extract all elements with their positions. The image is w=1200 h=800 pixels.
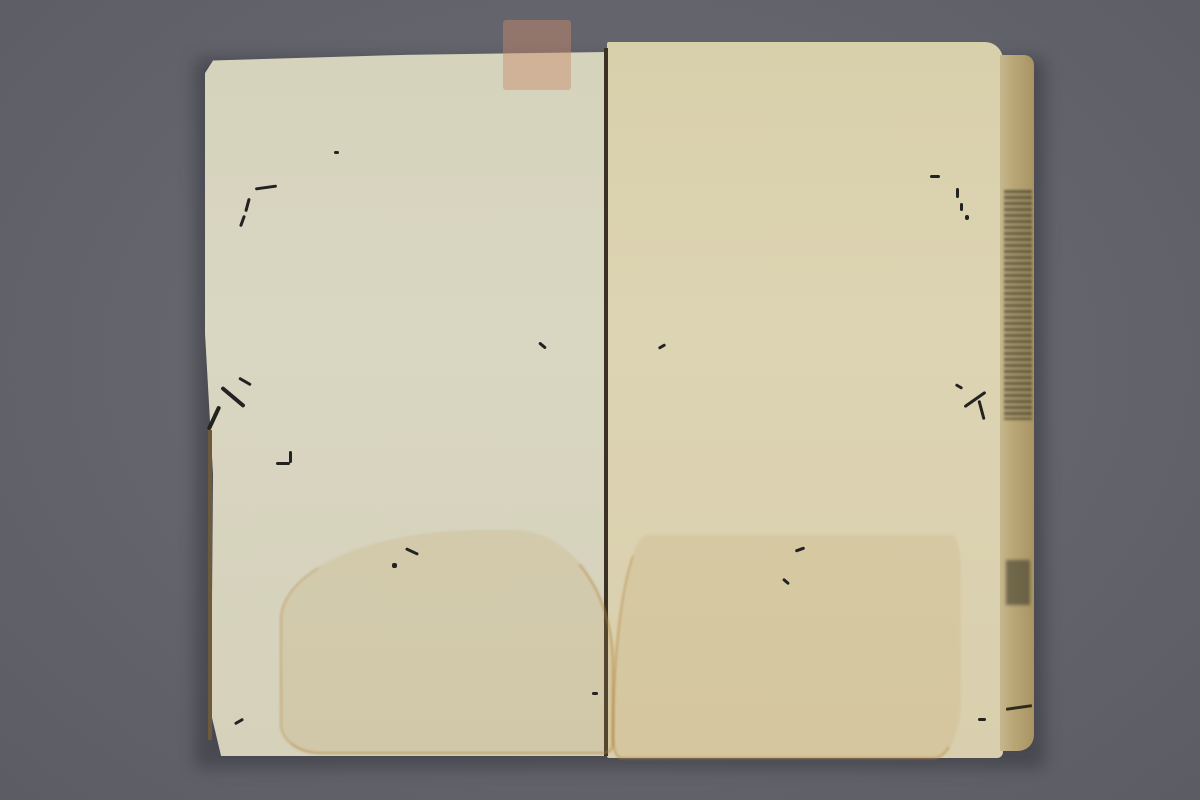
left-page-edge: [208, 430, 212, 740]
ink-mark: [392, 563, 397, 568]
red-seal-stamp: [503, 20, 571, 90]
water-stain-right: [612, 535, 961, 759]
ink-mark: [956, 188, 959, 198]
ink-mark: [276, 462, 290, 465]
ink-mark: [978, 718, 986, 721]
fore-edge-print-bottom: [1006, 560, 1030, 605]
ink-mark: [930, 175, 940, 178]
fore-edge-print-top: [1004, 190, 1032, 420]
water-stain-left: [280, 530, 614, 754]
ink-mark: [592, 692, 598, 695]
ink-mark: [965, 215, 969, 220]
ink-mark: [289, 451, 292, 463]
ink-mark: [960, 203, 963, 211]
ink-mark: [334, 151, 339, 154]
